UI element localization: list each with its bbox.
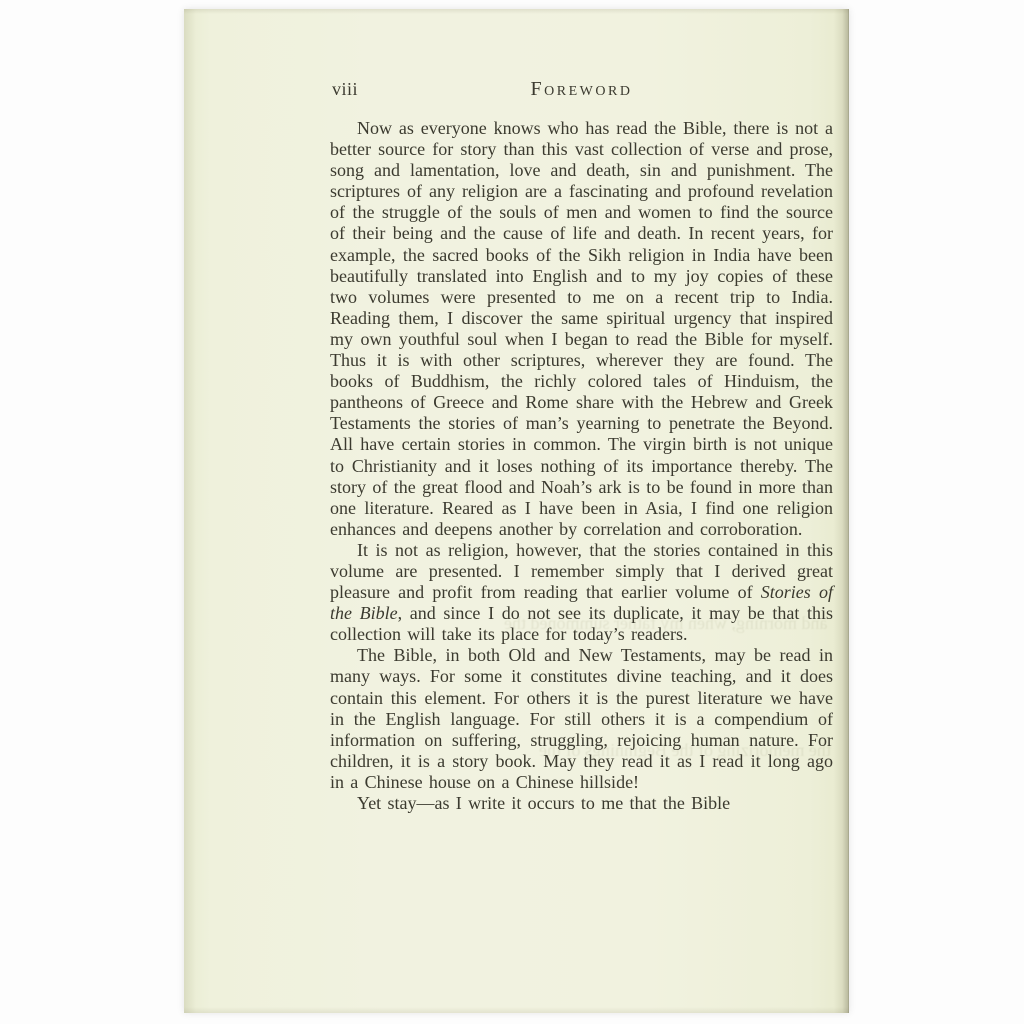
paragraph-1: Now as everyone knows who has read the B…	[330, 118, 833, 540]
page-edge-shading-top	[184, 9, 849, 14]
paragraph-4: Yet stay—as I write it occurs to me that…	[330, 793, 833, 814]
book-page: and morning, when my father summoned the…	[184, 9, 849, 1013]
page-header: viii Foreword	[330, 79, 833, 103]
paragraph-3: The Bible, in both Old and New Testament…	[330, 645, 833, 793]
page-edge-shading-left	[184, 9, 196, 1013]
paragraph-2: It is not as religion, however, that the…	[330, 540, 833, 645]
scan-background: and morning, when my father summoned the…	[0, 0, 1024, 1024]
page-edge-shading-bottom	[184, 1007, 849, 1013]
page-content: viii Foreword Now as everyone knows who …	[330, 79, 833, 814]
running-head-title: Foreword	[531, 78, 633, 101]
paragraph-2-text-after-title: , and since I do not see its duplicate, …	[330, 603, 833, 644]
page-number: viii	[332, 79, 358, 100]
paragraph-2-text-before-title: It is not as religion, however, that the…	[330, 540, 833, 602]
foreword-body-text: Now as everyone knows who has read the B…	[330, 118, 833, 814]
page-edge-shading-right	[834, 9, 849, 1013]
